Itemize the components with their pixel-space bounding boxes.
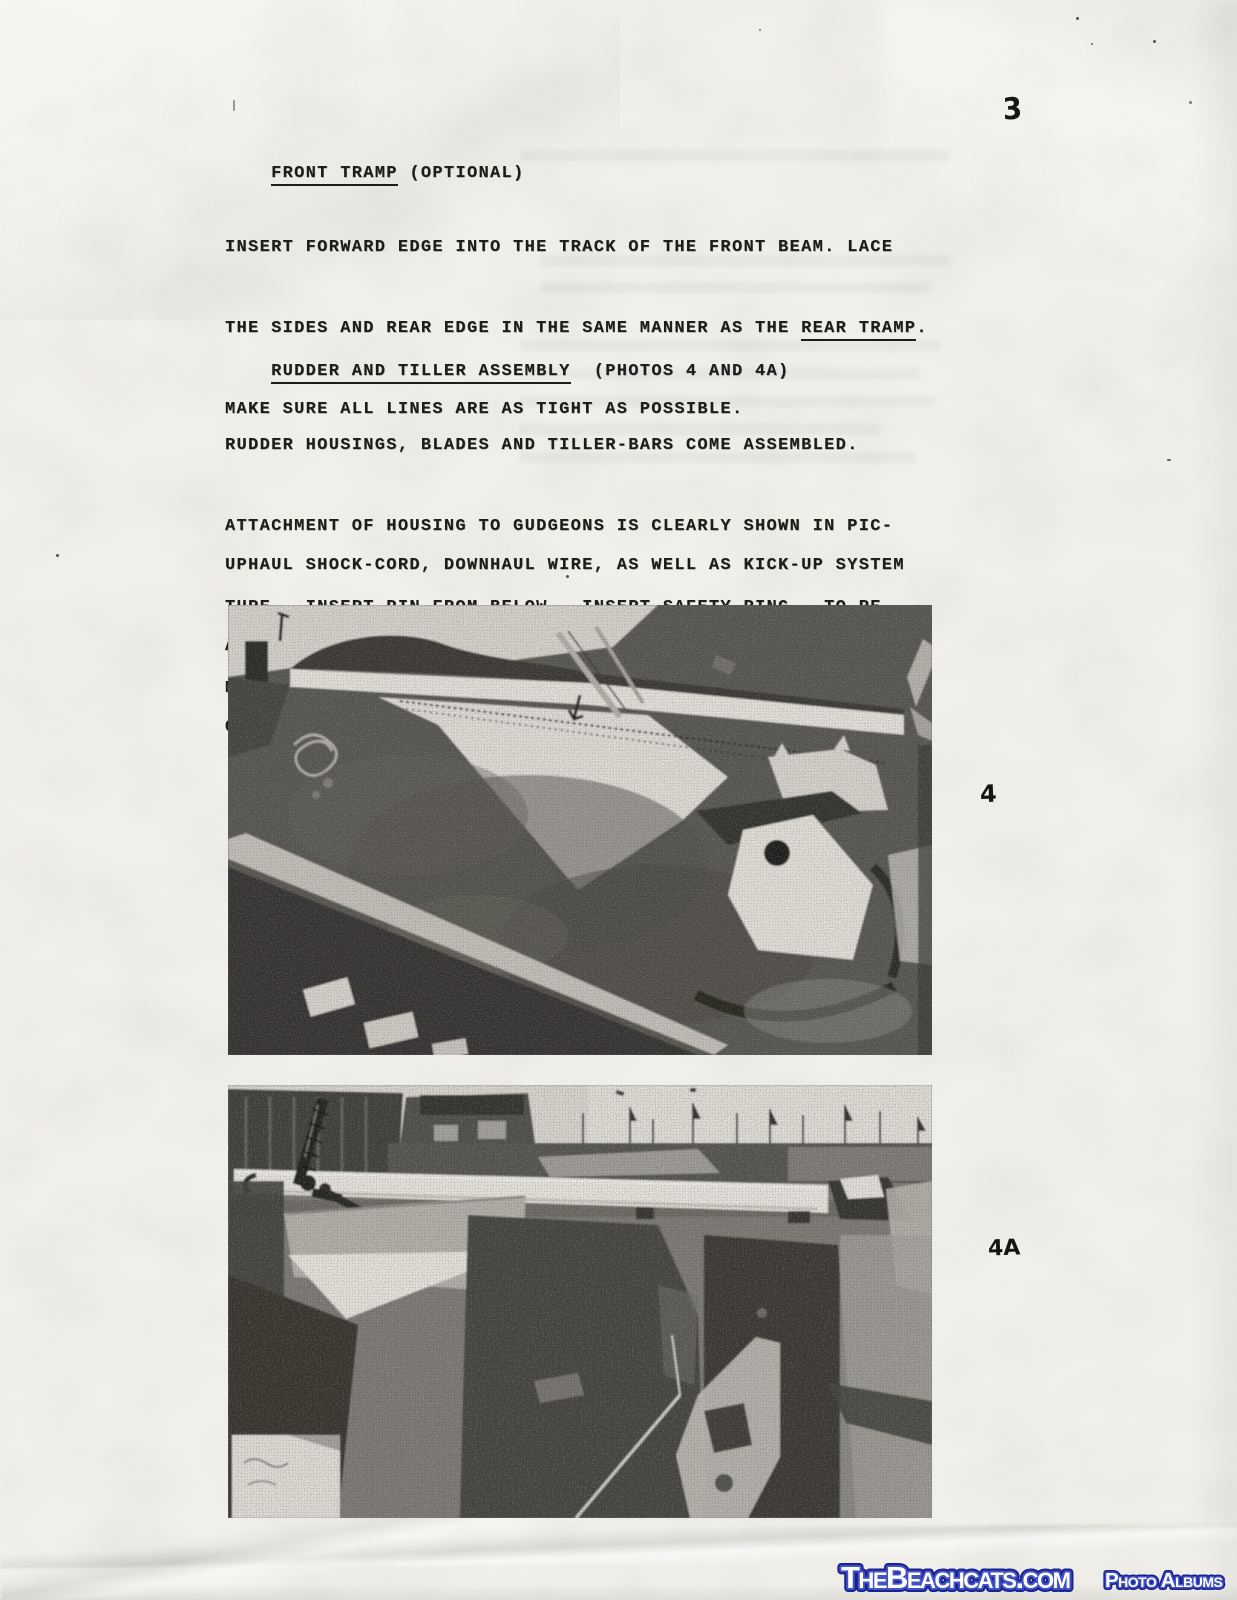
photo-4 [228,605,932,1055]
watermark-suffix-text: Photo Albums [1105,1569,1223,1592]
text-line: RUDDER HOUSINGS, BLADES AND TILLER-BARS … [225,432,893,459]
photo-4a [228,1085,932,1518]
paper-speck [1167,459,1171,461]
underlined-ref-rear-tramp: REAR TRAMP [801,319,916,341]
watermark-site-text: TheBeachcats.com [841,1560,1070,1595]
paper-edge-right [1191,0,1237,1600]
paper-speck [1091,43,1093,45]
paper-speck [233,100,235,111]
paper-speck [1153,40,1156,43]
watermark: TheBeachcats.com Photo Albums TheBeachca… [833,1548,1237,1600]
bleedthrough-ghost [520,150,950,161]
paper-speck [759,29,761,31]
paper-speck [1189,101,1192,104]
paper-speck [56,554,59,557]
text-line: UPHAUL SHOCK-CORD, DOWNHAUL WIRE, AS WEL… [225,552,905,579]
paper-speck [1076,17,1079,20]
photo-4-label: 4 [980,780,998,809]
scanned-manual-page: 3 FRONT TRAMP (OPTIONAL) INSERT FORWARD … [0,0,1237,1600]
text-line: INSERT FORWARD EDGE INTO THE TRACK OF TH… [225,234,928,261]
paper-crease-top-right [880,0,1237,420]
page-number: 3 [1002,92,1023,128]
photo-4a-label: 4A [988,1235,1021,1261]
